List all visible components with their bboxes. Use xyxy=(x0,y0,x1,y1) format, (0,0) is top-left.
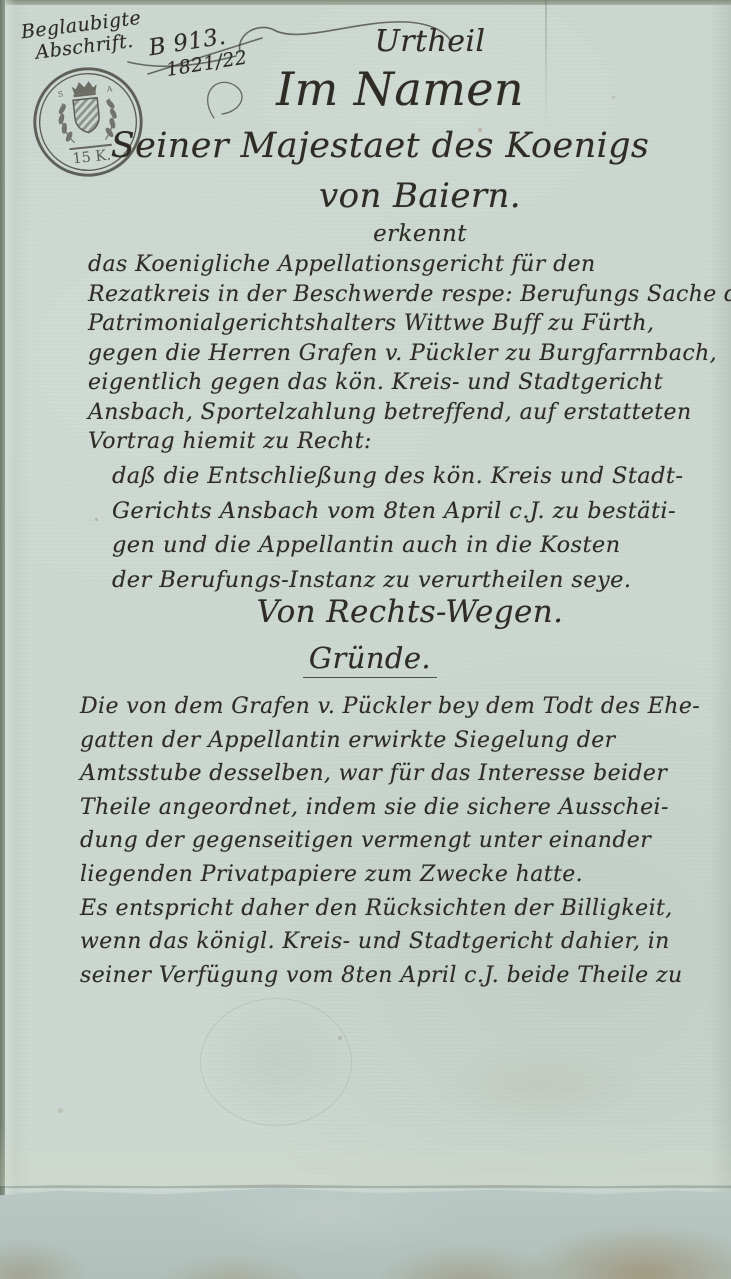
manuscript-line: das Koenigliche Appellationsgericht für … xyxy=(88,250,728,280)
manuscript-line: der Berufungs-Instanz zu verurtheilen se… xyxy=(112,563,722,598)
manuscript-line: dung der gegenseitigen vermengt unter ei… xyxy=(80,824,730,858)
legal-formula: Von Rechts-Wegen. xyxy=(170,594,650,630)
certification-note: Beglaubigte Abschrift. xyxy=(20,7,145,65)
invocation-line: Seiner Majestaet des Koenigs xyxy=(50,126,710,166)
stamp-letter-left: S xyxy=(57,89,63,99)
paper-stain xyxy=(430,1040,650,1130)
manuscript-line: Es entspricht daher den Rücksichten der … xyxy=(80,892,730,926)
manuscript-line: Ansbach, Sportelzahlung betreffend, auf … xyxy=(88,398,728,428)
manuscript-line: Amtsstube desselben, war für das Interes… xyxy=(80,757,730,791)
paper-discoloration-band xyxy=(0,1122,731,1186)
fox-spot xyxy=(338,1036,342,1040)
manuscript-line: Theile angeordnet, indem sie die sichere… xyxy=(80,791,730,825)
section-heading-text: Gründe. xyxy=(303,641,437,678)
manuscript-line: gegen die Herren Grafen v. Pückler zu Bu… xyxy=(88,339,728,369)
manuscript-line: daß die Entschließung des kön. Kreis und… xyxy=(112,459,722,494)
page-top-edge xyxy=(0,0,731,5)
invocation-line: von Baiern. xyxy=(160,176,680,216)
stamp-crown-icon xyxy=(71,80,98,97)
document-title: Urtheil xyxy=(280,24,580,59)
manuscript-line: liegenden Privatpapiere zum Zwecke hatte… xyxy=(80,858,730,892)
manuscript-line: gen und die Appellantin auch in die Kost… xyxy=(112,528,722,563)
seal-bleedthrough xyxy=(200,998,352,1126)
manuscript-line: Vortrag hiemit zu Recht: xyxy=(88,427,728,457)
manuscript-line: Rezatkreis in der Beschwerde respe: Beru… xyxy=(88,280,728,310)
reasons-paragraph: Die von dem Grafen v. Pückler bey dem To… xyxy=(80,690,730,992)
fox-spot xyxy=(612,96,615,99)
manuscript-line: gatten der Appellantin erwirkte Siegelun… xyxy=(80,724,730,758)
fox-spot xyxy=(58,1108,63,1113)
section-heading: Gründe. xyxy=(260,641,480,678)
manuscript-page: Beglaubigte Abschrift. B 913. 1821/22 xyxy=(0,0,731,1279)
manuscript-line: Die von dem Grafen v. Pückler bey dem To… xyxy=(80,690,730,724)
invocation-line: Im Namen xyxy=(140,62,660,116)
page-left-fold-band xyxy=(5,0,15,1279)
fox-spot xyxy=(95,518,98,521)
under-sheet xyxy=(0,1186,731,1279)
manuscript-line: Patrimonialgerichtshalters Wittwe Buff z… xyxy=(88,309,728,339)
revenue-stamp: 15 K. S A xyxy=(22,58,153,186)
invocation-line: erkennt xyxy=(160,221,680,247)
preamble-paragraph: das Koenigliche Appellationsgericht für … xyxy=(88,250,728,457)
verdict-paragraph: daß die Entschließung des kön. Kreis und… xyxy=(112,459,722,597)
fox-spot xyxy=(478,128,482,132)
manuscript-line: seiner Verfügung vom 8ten April c.J. bei… xyxy=(80,959,730,993)
manuscript-line: wenn das königl. Kreis- und Stadtgericht… xyxy=(80,925,730,959)
manuscript-line: Gerichts Ansbach vom 8ten April c.J. zu … xyxy=(112,494,722,529)
manuscript-line: eigentlich gegen das kön. Kreis- und Sta… xyxy=(88,368,728,398)
stamp-letter-right: A xyxy=(105,84,113,94)
